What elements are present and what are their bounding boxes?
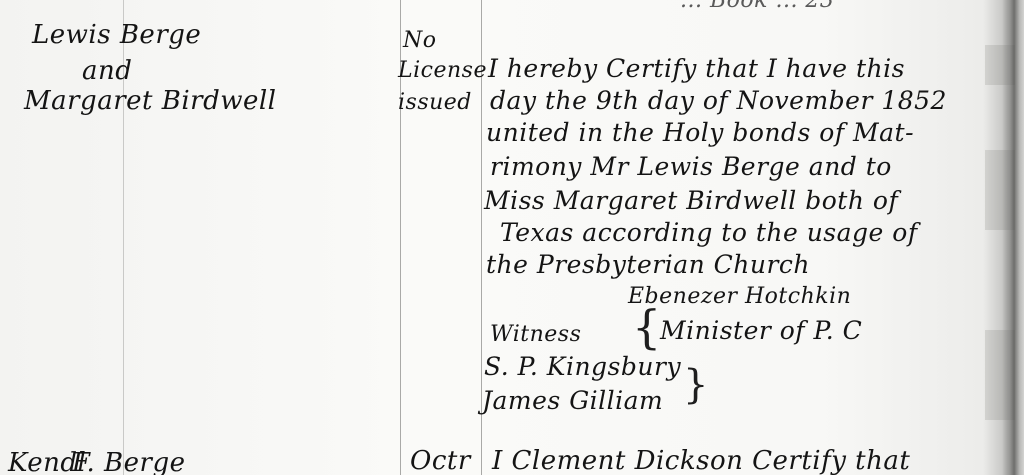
certificate-line: I hereby Certify that I have this <box>488 54 905 83</box>
certificate-line: Miss Margaret Birdwell both of <box>484 186 898 215</box>
bracket-right: } <box>683 362 708 408</box>
conjunction-and: and <box>82 56 132 86</box>
certificate-line: rimony Mr Lewis Berge and to <box>490 152 892 181</box>
header-fragment: ... Book ... 23 <box>680 0 834 13</box>
groom-name: Lewis Berge <box>32 20 201 50</box>
next-entry-month: Octr <box>410 446 471 475</box>
license-note-line2: License <box>398 58 487 83</box>
register-page: ... Book ... 23 Lewis Berge and Margaret… <box>0 0 1024 475</box>
certificate-line: the Presbyterian Church <box>486 250 810 279</box>
next-entry-name-fragment: F. Berge <box>72 448 185 475</box>
certificate-line: day the 9th day of November 1852 <box>490 86 947 115</box>
witness-label: Witness <box>490 322 581 347</box>
certificate-line: Texas according to the usage of <box>500 218 918 247</box>
officiant-title: Minister of P. C <box>660 316 862 345</box>
officiant-name: Ebenezer Hotchkin <box>628 284 851 309</box>
next-entry-certificate: I Clement Dickson Certify that <box>492 446 910 475</box>
bride-name: Margaret Birdwell <box>24 86 277 116</box>
license-note-line3: issued <box>398 90 472 115</box>
license-note-line1: No <box>403 28 437 53</box>
witness-name: S. P. Kingsbury <box>484 352 681 381</box>
witness-name: James Gilliam <box>482 386 663 415</box>
certificate-line: united in the Holy bonds of Mat- <box>486 118 914 147</box>
bracket-left: { <box>632 300 661 354</box>
page-binding <box>1002 0 1024 475</box>
